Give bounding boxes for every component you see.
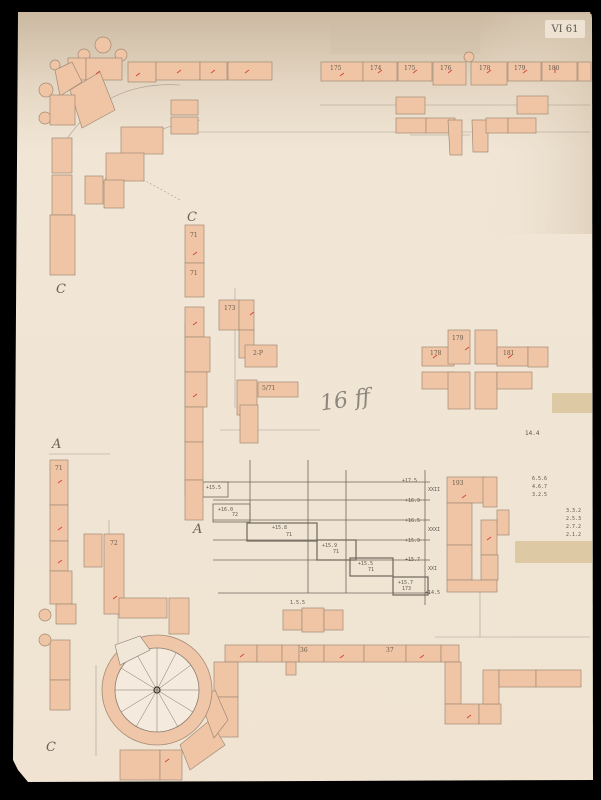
- step-label: 71: [368, 567, 374, 573]
- section-marker-c: C: [187, 210, 197, 225]
- svg-text:180: 180: [548, 65, 560, 72]
- spiral-staircase: [102, 635, 212, 745]
- section-marker-c: C: [46, 740, 56, 755]
- svg-text:193: 193: [452, 480, 464, 487]
- step-level: +15.5: [206, 485, 221, 491]
- svg-text:179: 179: [452, 335, 464, 342]
- svg-text:175: 175: [330, 65, 342, 72]
- sheet-id-label: VI 61: [545, 20, 585, 38]
- level-mark: +15.7: [405, 557, 420, 563]
- level-mark: +16.9: [405, 498, 420, 504]
- roman-mark: XXXI: [428, 527, 440, 533]
- svg-text:36: 36: [300, 647, 308, 654]
- margin-calculation: 3.3.2: [566, 508, 581, 514]
- svg-text:71: 71: [190, 270, 198, 277]
- tape-strip: [552, 393, 592, 413]
- step-label: 72: [232, 512, 238, 518]
- svg-text:175: 175: [404, 65, 416, 72]
- level-mark: +17.5: [402, 478, 417, 484]
- section-marker-a: A: [52, 437, 61, 452]
- svg-text:181: 181: [503, 350, 514, 357]
- svg-text:179: 179: [514, 65, 526, 72]
- roman-mark: XXII: [428, 487, 440, 493]
- svg-text:71: 71: [55, 465, 63, 472]
- step-level: +16.0: [218, 507, 233, 513]
- svg-text:178: 178: [479, 65, 491, 72]
- margin-calculation: 3.2.5: [532, 492, 547, 498]
- roman-mark: XXI: [428, 566, 437, 572]
- level-mark: +15.9: [405, 538, 420, 544]
- step-label: 71: [286, 532, 292, 538]
- step-label: 173: [402, 586, 411, 592]
- tape-strip: [515, 541, 592, 563]
- svg-text:2-P: 2-P: [253, 350, 263, 357]
- drawing-canvas: 175174 175176 178179 18071 71173 2-P5/71…: [0, 0, 601, 800]
- svg-text:173: 173: [224, 305, 236, 312]
- margin-calculation: 2.7.2: [566, 524, 581, 530]
- svg-text:178: 178: [430, 350, 442, 357]
- svg-text:71: 71: [190, 232, 198, 239]
- section-marker-c: C: [56, 282, 66, 297]
- margin-calculation: 2.1.2: [566, 532, 581, 538]
- svg-text:5/71: 5/71: [262, 385, 275, 392]
- margin-calculation: 6.5.6: [532, 476, 547, 482]
- svg-text:72: 72: [110, 540, 118, 547]
- step-level: +15.8: [272, 525, 287, 531]
- level-mark: +14.5: [425, 590, 440, 596]
- margin-calculation: 2.5.3: [566, 516, 581, 522]
- dimension-label: 1.5.5: [290, 600, 305, 606]
- svg-text:37: 37: [386, 647, 394, 654]
- margin-calculation: 4.6.7: [532, 484, 547, 490]
- scanned-drawing-sheet: 175174 175176 178179 18071 71173 2-P5/71…: [0, 0, 601, 800]
- margin-calculation: 14.4: [525, 430, 539, 437]
- svg-text:176: 176: [440, 65, 452, 72]
- svg-text:174: 174: [370, 65, 382, 72]
- section-marker-a: A: [193, 522, 202, 537]
- level-mark: +16.5: [405, 518, 420, 524]
- step-label: 71: [333, 549, 339, 555]
